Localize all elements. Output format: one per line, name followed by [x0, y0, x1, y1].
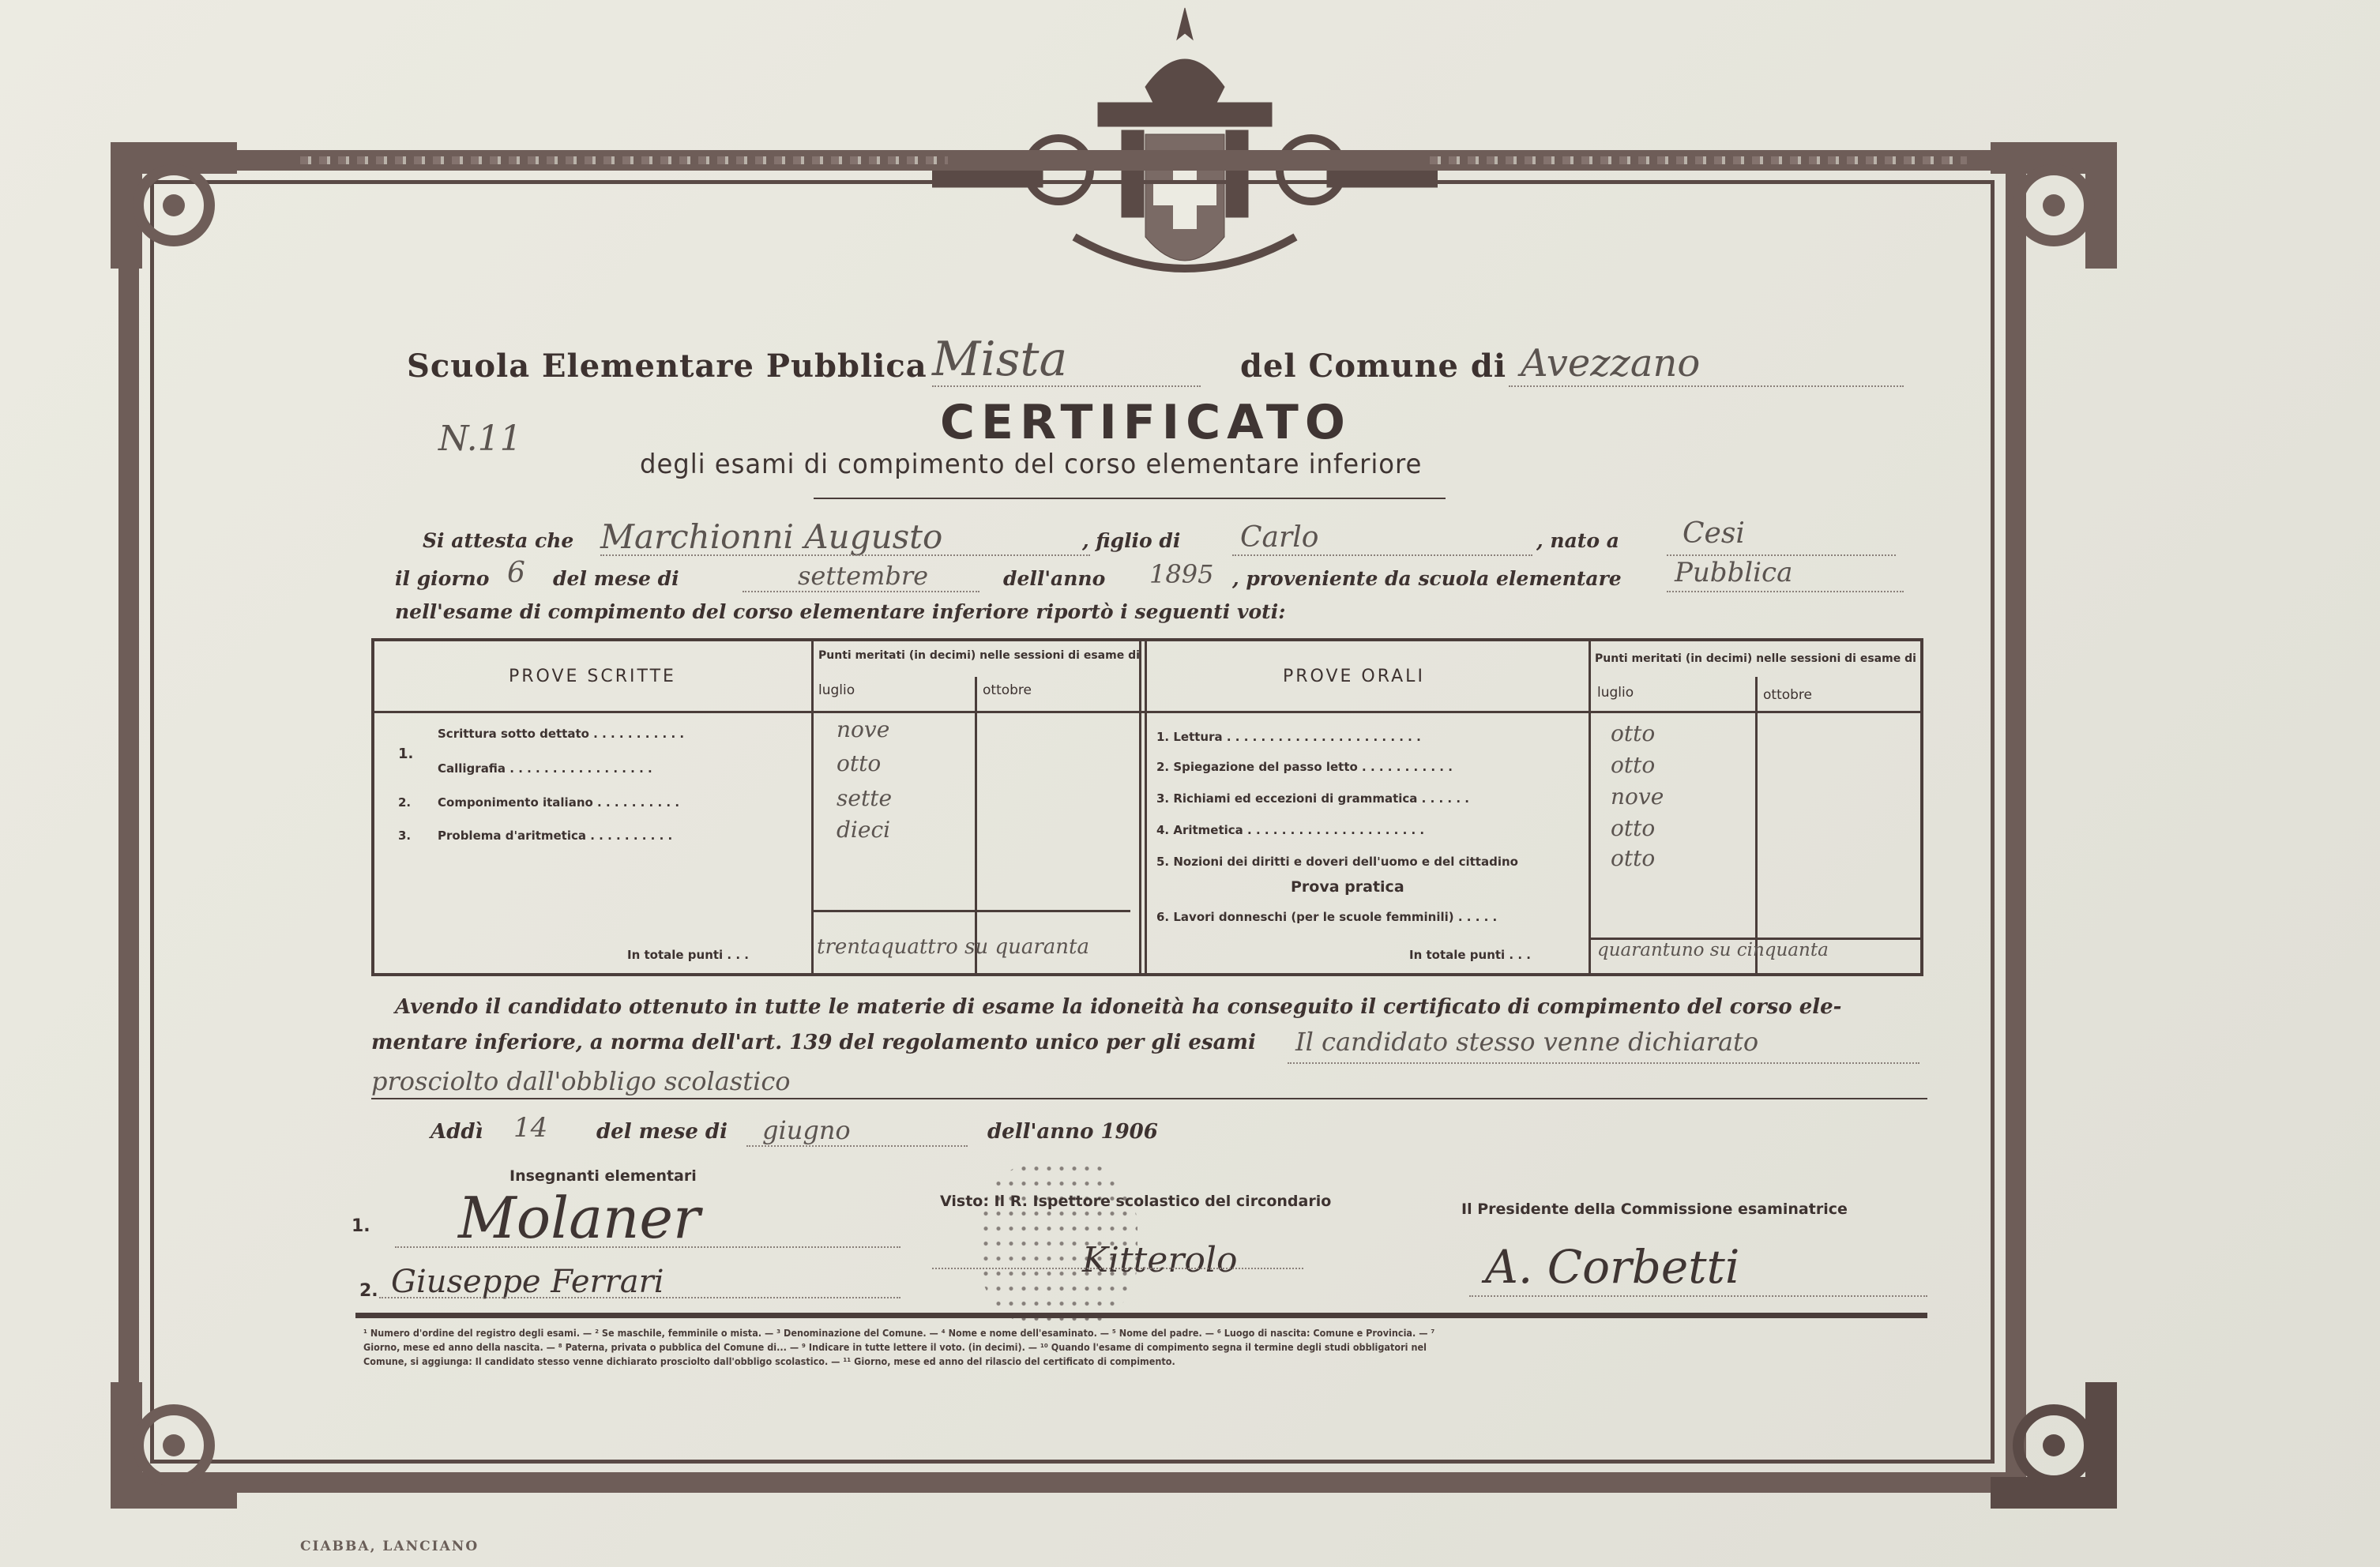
written-total-value: trentaquattro su quaranta [817, 935, 1089, 959]
points-header-oral: Punti meritati (in decimi) nelle session… [1595, 652, 1916, 665]
oral-row-subject: 4. Aritmetica . . . . . . . . . . . . . … [1156, 823, 1424, 837]
session-july-oral: luglio [1597, 685, 1634, 701]
comune-value: Avezzano [1521, 341, 1700, 385]
written-row-num: 2. [398, 795, 411, 810]
grade-oral-july: otto [1611, 815, 1655, 841]
session-october-oral: ottobre [1763, 687, 1812, 703]
col-divider [811, 641, 814, 973]
col-divider [1139, 641, 1141, 973]
points-header-written: Punti meritati (in decimi) nelle session… [818, 649, 1140, 662]
footnote-rule [355, 1313, 1927, 1318]
date-day: 14 [513, 1112, 547, 1144]
student-name: Marchionni Augusto [600, 517, 942, 556]
declaration-note-2: prosciolto dall'obbligo scolastico [371, 1066, 791, 1096]
birthplace: Cesi [1683, 517, 1745, 550]
header-divider [374, 711, 1920, 713]
corner-ornament-top-right [1975, 126, 2133, 284]
written-row-subject: Calligrafia . . . . . . . . . . . . . . … [438, 761, 652, 776]
birthplace-line [1667, 554, 1896, 556]
declaration-line-2: mentare inferiore, a norma dell'art. 139… [371, 1031, 1256, 1054]
school-origin-line [1667, 591, 1904, 592]
birth-month-line [743, 591, 979, 592]
top-border-band [1430, 156, 1967, 164]
grade-oral-july: otto [1611, 845, 1655, 871]
president-line [1469, 1295, 1927, 1297]
teacher1-line [395, 1246, 900, 1248]
inspector-signature: Kitterolo [1082, 1240, 1237, 1280]
grade-oral-july: nove [1611, 783, 1664, 810]
oral-row-subject: 1. Lettura . . . . . . . . . . . . . . .… [1156, 730, 1421, 744]
grade-oral-july: otto [1611, 752, 1655, 778]
grade-written-july: dieci [837, 817, 890, 843]
written-total-divider [811, 910, 1130, 912]
declaration-note-1: Il candidato stesso venne dichiarato [1295, 1027, 1758, 1057]
oral-header: PROVE ORALI [1283, 667, 1425, 686]
corner-ornament-bottom-right [1975, 1366, 2133, 1524]
oral-total-label: In totale punti . . . [1409, 948, 1531, 962]
oral-row-subject: 6. Lavori donneschi (per le scuole femmi… [1156, 910, 1497, 924]
born-label: , nato a [1536, 529, 1619, 552]
oral-row-subject: 3. Richiami ed eccezioni di grammatica .… [1156, 791, 1469, 806]
written-row-subject: Scrittura sotto dettato . . . . . . . . … [438, 727, 684, 741]
day-label: il giorno [395, 567, 489, 590]
son-of-label: , figlio di [1082, 529, 1180, 552]
teacher1-num: 1. [352, 1216, 370, 1236]
page-subtitle: degli esami di compimento del corso elem… [640, 449, 1422, 480]
grade-written-july: otto [837, 750, 881, 776]
school-type-value: Mista [932, 332, 1067, 387]
col-divider [1145, 641, 1147, 973]
teacher2-num: 2. [359, 1281, 378, 1301]
father-line [1232, 554, 1532, 556]
written-row-subject: Componimento italiano . . . . . . . . . … [438, 795, 679, 810]
father-name: Carlo [1240, 521, 1318, 554]
president-label: Il Presidente della Commissione esaminat… [1461, 1201, 1848, 1218]
written-header: PROVE SCRITTE [509, 667, 676, 686]
date-month-label: del mese di [596, 1120, 728, 1144]
written-row-subject: Problema d'aritmetica . . . . . . . . . … [438, 829, 672, 843]
certificate-number: N.11 [438, 419, 522, 459]
date-addi-label: Addì [431, 1120, 483, 1144]
written-row-num: 1. [398, 746, 413, 762]
grade-written-july: nove [837, 716, 889, 742]
oral-total-value: quarantuno su cinquanta [1597, 940, 1829, 960]
votes-intro: nell'esame di compimento del corso eleme… [395, 600, 1285, 623]
declaration-rule [371, 1098, 1927, 1099]
month-label: del mese di [553, 567, 679, 590]
footnote-line-2: Giorno, mese ed anno della nascita. — ⁸ … [363, 1341, 1427, 1353]
birth-year: 1895 [1149, 559, 1213, 589]
top-border-band [300, 156, 948, 164]
oral-row-subject: 2. Spiegazione del passo letto . . . . .… [1156, 760, 1453, 774]
comune-line [1509, 385, 1904, 387]
session-october-written: ottobre [983, 682, 1032, 698]
col-divider [975, 677, 977, 973]
attest-label: Si attesta che [423, 529, 573, 552]
col-divider [1589, 641, 1591, 973]
date-month-line [746, 1145, 968, 1147]
student-name-line [600, 554, 1090, 556]
grade-written-july: sette [837, 785, 892, 811]
birth-day: 6 [507, 557, 525, 589]
teacher1-signature: Molaner [458, 1185, 700, 1251]
date-month: giugno [762, 1115, 851, 1145]
session-july-written: luglio [818, 682, 855, 698]
written-row-num: 3. [398, 829, 411, 843]
page-title: CERTIFICATO [940, 395, 1352, 450]
declaration-line-1: Avendo il candidato ottenuto in tutte le… [395, 995, 1841, 1019]
written-total-label: In totale punti . . . [627, 948, 749, 962]
inspector-label: Visto: Il R. Ispettore scolastico del ci… [940, 1193, 1331, 1210]
teachers-label: Insegnanti elementari [509, 1167, 697, 1185]
school-type-line [932, 385, 1201, 387]
col-divider [1755, 677, 1758, 973]
school-origin: Pubblica [1675, 557, 1792, 588]
declaration-note-line [1288, 1062, 1919, 1064]
birth-month: settembre [798, 561, 928, 591]
comune-label: del Comune di [1240, 348, 1506, 385]
school-label: Scuola Elementare Pubblica [407, 348, 927, 385]
date-year-label: dell'anno 1906 [987, 1120, 1158, 1144]
practical-label: Prova pratica [1291, 878, 1404, 896]
printer-imprint: CIABBA, LANCIANO [300, 1539, 479, 1554]
teacher2-signature: Giuseppe Ferrari [391, 1264, 664, 1300]
grades-table: PROVE SCRITTE Punti meritati (in decimi)… [371, 638, 1923, 976]
inspector-line [932, 1268, 1303, 1269]
corner-ornament-top-left [95, 126, 253, 284]
corner-ornament-bottom-left [95, 1366, 253, 1524]
year-label: dell'anno [1003, 567, 1105, 590]
footnote-line-1: ¹ Numero d'ordine del registro degli esa… [363, 1327, 1434, 1339]
title-divider [814, 498, 1446, 499]
oral-row-subject: 5. Nozioni dei diritti e doveri dell'uom… [1156, 855, 1518, 869]
grade-oral-july: otto [1611, 720, 1655, 746]
footnote-line-3: Comune, si aggiunga: Il candidato stesso… [363, 1355, 1175, 1367]
school-origin-label: , proveniente da scuola elementare [1232, 567, 1622, 590]
teacher2-line [379, 1297, 900, 1298]
president-signature: A. Corbetti [1485, 1240, 1739, 1294]
